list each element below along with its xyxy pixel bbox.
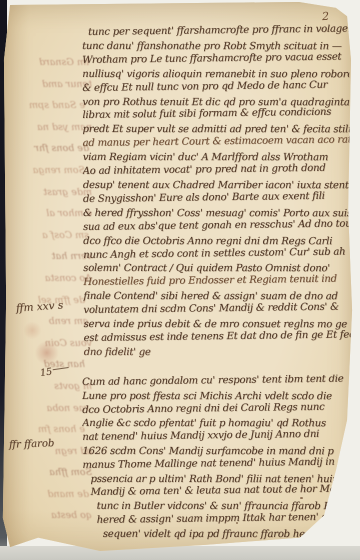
bleedthrough-line: tenur amd <box>6 74 92 96</box>
manuscript-line: nat tenend' huius Mandij xxvjo de Junij … <box>82 428 349 445</box>
manuscript-line: de Snygisshon' Eure als dono' Barte aux … <box>83 189 350 206</box>
manuscript-paragraph-1: tunc per sequent' ffarshamcrofte pro ffr… <box>82 25 351 364</box>
bleedthrough-line: vern hat <box>6 246 92 268</box>
margin-note-name: ffr ffarob <box>9 438 55 451</box>
manuscript-line: Wrotham pro Le tunc ffarshamcrofte pro v… <box>82 50 349 67</box>
manuscript-line: tunc per sequent' ffarshamcrofte pro ffr… <box>88 25 349 40</box>
manuscript-paragraph-2: Cum ad hanc gondalom cu' respons' tent i… <box>82 375 350 546</box>
bleedthrough-line: m govts <box>6 376 92 398</box>
manuscript-line: sua ad eux abs'que tent gonah en resschu… <box>83 217 350 234</box>
manuscript-line: Honestielles fuid pro Endosser et Regiam… <box>83 273 350 290</box>
bleedthrough-line: qo besta <box>6 505 92 527</box>
manuscript-line: est admissus est inde tenens Et dat dno … <box>84 328 351 345</box>
bleedthrough-line: Som renga <box>6 160 85 182</box>
bleedthrough-line: im Gsnard <box>6 52 89 74</box>
manuscript-line: ad manus per heart Court & estimacoem va… <box>83 134 350 151</box>
manuscript-line: dco Octobris Anno regni dni dei Caroli R… <box>82 400 349 417</box>
manuscript-line: Mandij & oma ten' & leuta sua nat tout d… <box>91 483 350 500</box>
manuscript-line: Ao ad inhitatem vocat' pro pred nat in g… <box>83 162 350 179</box>
bleedthrough-line: Ao consta <box>6 268 92 290</box>
bleedthrough-line: de bons fhr <box>6 138 89 160</box>
manuscript-line: sequen' videlt qd ipa pd ffraunc ffarob … <box>103 528 350 542</box>
ink-speck <box>300 497 303 499</box>
scan-backdrop <box>0 546 360 560</box>
bleedthrough-line: mde grast <box>6 182 92 204</box>
manuscript-line: hered & assign' suam imppm Ittak har ten… <box>97 511 350 528</box>
bleedthrough-line: rae noba <box>6 398 89 420</box>
page-number: 2 <box>322 10 330 23</box>
manuscript-line: manus Thome Mallinge nat tenend' huius M… <box>82 455 349 472</box>
bleedthrough-line: Som ffha <box>6 462 92 484</box>
manuscript-line: nunc Angh et scdo cont in settles custom… <box>83 245 350 262</box>
bleedthrough-line: vous Coin <box>6 333 92 355</box>
bleedthrough-line: nam ysd na <box>6 117 92 139</box>
ink-speck <box>236 522 238 524</box>
bleedthrough-line: e Sand spm <box>6 95 85 117</box>
manuscript-line: Cum ad hanc gondalom cu' respons' tent i… <box>82 375 349 390</box>
bleedthrough-line: e hons fm <box>6 419 85 441</box>
manuscript-scan: 2 im Gsnardtenur amde Sand spmnam ysd na… <box>0 0 360 560</box>
manuscript-line: & effcu Et null tunc von pro qd Medo de … <box>82 78 349 95</box>
ink-bleedthrough-column: im Gsnardtenur amde Sand spmnam ysd nade… <box>6 52 92 530</box>
manuscript-line: voluntatem dni scdm Cons' Mandij & reddi… <box>83 301 350 318</box>
manuscript-line: dno fidelit' ge <box>84 346 351 360</box>
bleedthrough-line: e mhor al <box>6 203 92 225</box>
bleedthrough-line: de mand <box>6 484 89 506</box>
manuscript-page: 2 im Gsnardtenur amde Sand spmnam ysd na… <box>0 0 360 560</box>
bleedthrough-line: sm Cosf a <box>6 225 89 247</box>
manuscript-line: librax mit solut fuit sibi formam & effc… <box>82 106 349 123</box>
